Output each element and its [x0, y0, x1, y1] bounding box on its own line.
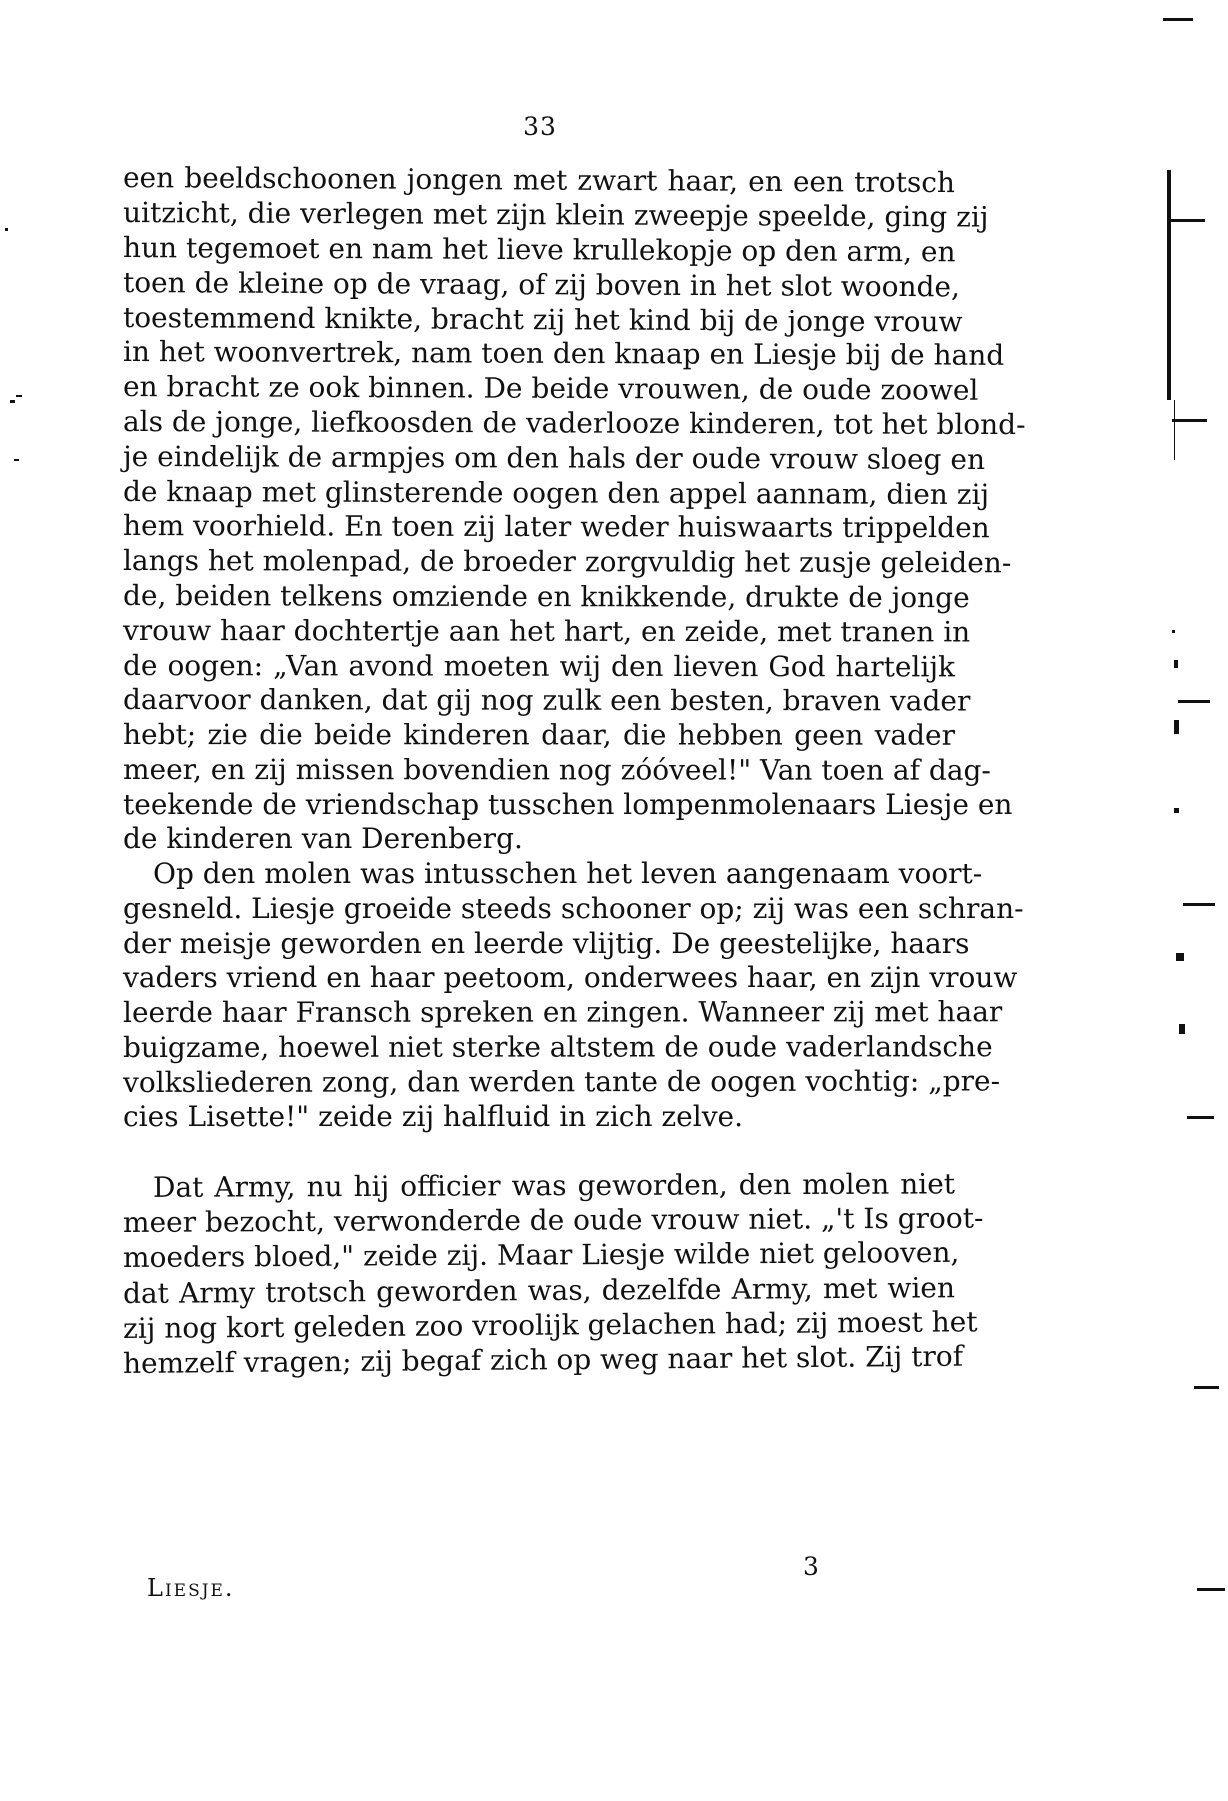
scan-mark [1179, 1024, 1185, 1034]
book-page: 33 een beeldschoonen jongen met zwart ha… [0, 0, 1228, 1801]
text-line: hem voorhield. En toen zij later weder h… [123, 510, 955, 544]
text-line: meer bezocht, verwonderde de oude vrouw … [123, 1203, 955, 1239]
scan-mark [14, 459, 19, 461]
text-line: in het woonvertrek, nam toen den knaap e… [123, 336, 955, 372]
text-line: volksliederen zong, dan werden tante de … [123, 1066, 955, 1099]
text-line: dat Army trotsch geworden was, dezelfde … [123, 1272, 955, 1310]
text-line: Dat Army, nu hij officier was geworden, … [123, 1168, 955, 1204]
scan-mark [1172, 419, 1207, 422]
scan-mark [1178, 700, 1210, 703]
scan-mark [1183, 903, 1215, 906]
text-line: daarvoor danken, dat gij nog zulk een be… [123, 684, 955, 717]
scan-mark [1197, 1588, 1225, 1591]
scan-mark [16, 395, 22, 397]
text-line: een beeldschoonen jongen met zwart haar,… [123, 162, 955, 199]
text-line: de oogen: „Van avond moeten wij den liev… [123, 650, 955, 683]
text-line: toen de kleine op de vraag, of zij boven… [123, 267, 955, 303]
text-line: hebt; zie die beide kinderen daar, die h… [123, 719, 955, 752]
text-line: langs het molenpad, de broeder zorgvuldi… [123, 545, 955, 579]
text-line: gesneld. Liesje groeide steeds schooner … [123, 893, 955, 925]
text-line: moeders bloed," zeide zij. Maar Liesje w… [123, 1237, 955, 1274]
scan-edge-line [1167, 170, 1171, 400]
text-line: teekende de vriendschap tusschen lompenm… [123, 789, 955, 821]
text-line: je eindelijk de armpjes om den hals der … [123, 441, 955, 476]
text-line: hemzelf vragen; zij begaf zich op weg na… [123, 1341, 955, 1380]
text-line: meer, en zij missen bovendien nog zóóvee… [123, 754, 955, 787]
text-line-last: de kinderen van Derenberg. [123, 823, 523, 855]
text-line: vrouw haar dochtertje aan het hart, en z… [123, 615, 955, 648]
scan-mark [1172, 630, 1175, 633]
scan-mark [10, 400, 15, 403]
scan-mark [1174, 660, 1178, 668]
scan-mark [1176, 953, 1184, 961]
page-number: 33 [0, 112, 1080, 141]
signature-mark: 3 [803, 1552, 819, 1581]
text-line: hun tegemoet en nam het lieve krullekopj… [123, 232, 955, 268]
text-line: toestemmend knikte, bracht zij het kind … [123, 302, 955, 338]
text-line-last: cies Lisette!" zeide zij halfluid in zic… [123, 1101, 743, 1133]
text-line: buigzame, hoewel niet sterke altstem de … [123, 1031, 955, 1064]
scan-mark [1170, 219, 1205, 222]
text-line: uitzicht, die verlegen met zijn klein zw… [123, 197, 955, 233]
text-line: en bracht ze ook binnen. De beide vrouwe… [123, 371, 955, 407]
text-line: vaders vriend en haar peetoom, onderwees… [123, 962, 955, 994]
scan-mark [5, 228, 8, 231]
running-footer: Liesje. [147, 1574, 235, 1602]
scan-mark [1194, 1386, 1219, 1389]
text-line: Op den molen was intusschen het leven aa… [123, 858, 955, 890]
scan-mark [1174, 808, 1179, 813]
text-line: als de jonge, liefkoosden de vaderlooze … [123, 406, 955, 441]
text-line: der meisje geworden en leerde vlijtig. D… [123, 928, 955, 960]
scan-edge-line [1174, 400, 1175, 460]
text-line: de knaap met glinsterende oogen den appe… [123, 476, 955, 511]
text-line: leerde haar Fransch spreken en zingen. W… [123, 996, 955, 1029]
text-line: zij nog kort geleden zoo vroolijk gelach… [123, 1306, 955, 1345]
scan-mark [1163, 18, 1193, 21]
scan-mark [1187, 1116, 1214, 1119]
scan-mark [1174, 720, 1179, 734]
text-line: de, beiden telkens omziende en knikkende… [123, 580, 955, 614]
